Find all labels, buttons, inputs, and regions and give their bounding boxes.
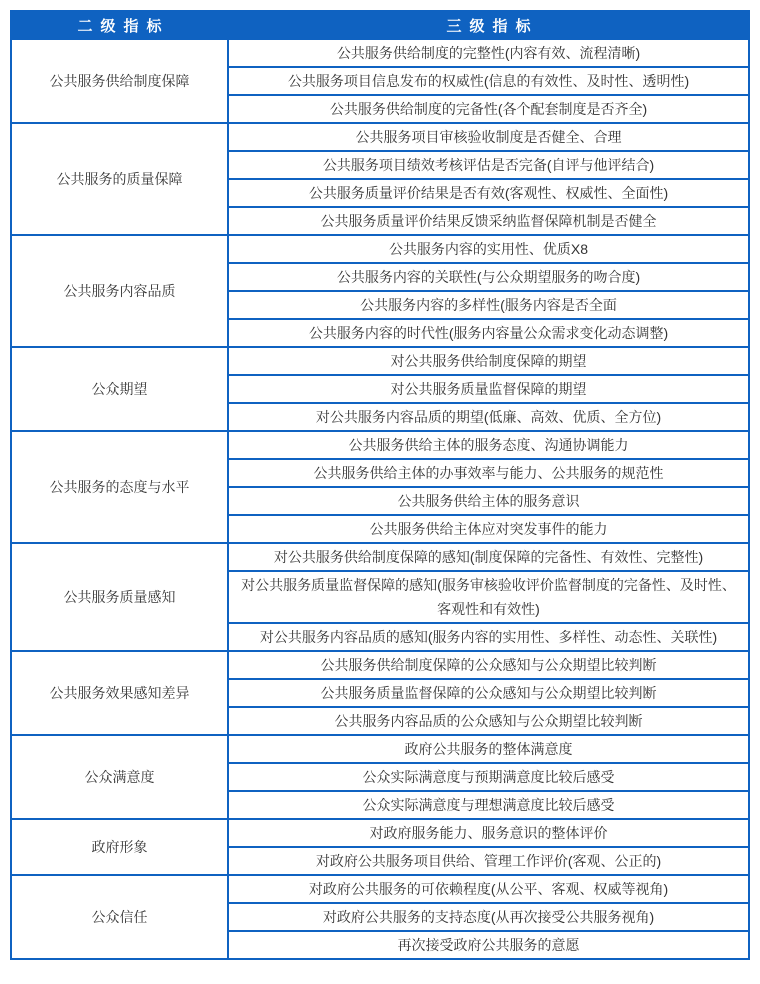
table-row: 公共服务的态度与水平公共服务供给主体的服务态度、沟通协调能力 [11,431,749,459]
tertiary-indicator-cell: 公共服务供给制度的完备性(各个配套制度是否齐全) [228,95,749,123]
tertiary-indicator-cell: 公共服务内容的时代性(服务内容量公众需求变化动态调整) [228,319,749,347]
tertiary-indicator-cell: 政府公共服务的整体满意度 [228,735,749,763]
tertiary-indicator-cell: 公共服务内容品质的公众感知与公众期望比较判断 [228,707,749,735]
header-row: 二级指标 三级指标 [11,11,749,39]
tertiary-indicator-cell: 对政府公共服务的支持态度(从再次接受公共服务视角) [228,903,749,931]
tertiary-indicator-cell: 对公共服务质量监督保障的感知(服务审核验收评价监督制度的完备性、及时性、客观性和… [228,571,749,623]
table-row: 公共服务效果感知差异公共服务供给制度保障的公众感知与公众期望比较判断 [11,651,749,679]
tertiary-indicator-cell: 公共服务内容的多样性(服务内容是否全面 [228,291,749,319]
tertiary-indicator-cell: 公共服务内容的关联性(与公众期望服务的吻合度) [228,263,749,291]
tertiary-indicator-cell: 公共服务内容的实用性、优质X8 [228,235,749,263]
secondary-indicator-cell: 公共服务供给制度保障 [11,39,228,123]
tertiary-indicator-cell: 对政府公共服务项目供给、管理工作评价(客观、公正的) [228,847,749,875]
tertiary-indicator-cell: 对政府服务能力、服务意识的整体评价 [228,819,749,847]
tertiary-indicator-cell: 对公共服务质量监督保障的期望 [228,375,749,403]
tertiary-indicator-cell: 公共服务项目审核验收制度是否健全、合理 [228,123,749,151]
secondary-indicator-cell: 公众期望 [11,347,228,431]
table-row: 公共服务质量感知对公共服务供给制度保障的感知(制度保障的完备性、有效性、完整性) [11,543,749,571]
indicator-table-body: 公共服务供给制度保障公共服务供给制度的完整性(内容有效、流程清晰)公共服务项目信… [11,39,749,959]
header-tertiary-indicator: 三级指标 [228,11,749,39]
tertiary-indicator-cell: 公共服务质量评价结果反馈采纳监督保障机制是否健全 [228,207,749,235]
tertiary-indicator-cell: 公众实际满意度与理想满意度比较后感受 [228,791,749,819]
table-row: 公共服务供给制度保障公共服务供给制度的完整性(内容有效、流程清晰) [11,39,749,67]
secondary-indicator-cell: 公共服务内容品质 [11,235,228,347]
secondary-indicator-cell: 公众信任 [11,875,228,959]
page: 二级指标 三级指标 公共服务供给制度保障公共服务供给制度的完整性(内容有效、流程… [0,0,760,984]
tertiary-indicator-cell: 公众实际满意度与预期满意度比较后感受 [228,763,749,791]
tertiary-indicator-cell: 对公共服务供给制度保障的感知(制度保障的完备性、有效性、完整性) [228,543,749,571]
tertiary-indicator-cell: 公共服务供给主体的服务态度、沟通协调能力 [228,431,749,459]
table-row: 公众满意度政府公共服务的整体满意度 [11,735,749,763]
tertiary-indicator-cell: 公共服务质量评价结果是否有效(客观性、权威性、全面性) [228,179,749,207]
tertiary-indicator-cell: 再次接受政府公共服务的意愿 [228,931,749,959]
secondary-indicator-cell: 公众满意度 [11,735,228,819]
secondary-indicator-cell: 公共服务的态度与水平 [11,431,228,543]
tertiary-indicator-cell: 对公共服务供给制度保障的期望 [228,347,749,375]
tertiary-indicator-cell: 公共服务供给主体的办事效率与能力、公共服务的规范性 [228,459,749,487]
secondary-indicator-cell: 公共服务效果感知差异 [11,651,228,735]
secondary-indicator-cell: 公共服务的质量保障 [11,123,228,235]
table-row: 公共服务内容品质公共服务内容的实用性、优质X8 [11,235,749,263]
table-row: 公众期望对公共服务供给制度保障的期望 [11,347,749,375]
table-row: 政府形象对政府服务能力、服务意识的整体评价 [11,819,749,847]
tertiary-indicator-cell: 对公共服务内容品质的感知(服务内容的实用性、多样性、动态性、关联性) [228,623,749,651]
tertiary-indicator-cell: 公共服务供给主体的服务意识 [228,487,749,515]
header-secondary-indicator: 二级指标 [11,11,228,39]
indicator-table: 二级指标 三级指标 公共服务供给制度保障公共服务供给制度的完整性(内容有效、流程… [10,10,750,960]
indicator-table-header: 二级指标 三级指标 [11,11,749,39]
tertiary-indicator-cell: 公共服务供给制度的完整性(内容有效、流程清晰) [228,39,749,67]
table-row: 公众信任对政府公共服务的可依赖程度(从公平、客观、权威等视角) [11,875,749,903]
tertiary-indicator-cell: 公共服务供给制度保障的公众感知与公众期望比较判断 [228,651,749,679]
tertiary-indicator-cell: 公共服务项目绩效考核评估是否完备(自评与他评结合) [228,151,749,179]
secondary-indicator-cell: 政府形象 [11,819,228,875]
tertiary-indicator-cell: 对政府公共服务的可依赖程度(从公平、客观、权威等视角) [228,875,749,903]
table-row: 公共服务的质量保障公共服务项目审核验收制度是否健全、合理 [11,123,749,151]
tertiary-indicator-cell: 公共服务质量监督保障的公众感知与公众期望比较判断 [228,679,749,707]
tertiary-indicator-cell: 公共服务供给主体应对突发事件的能力 [228,515,749,543]
tertiary-indicator-cell: 公共服务项目信息发布的权威性(信息的有效性、及时性、透明性) [228,67,749,95]
secondary-indicator-cell: 公共服务质量感知 [11,543,228,651]
tertiary-indicator-cell: 对公共服务内容品质的期望(低廉、高效、优质、全方位) [228,403,749,431]
